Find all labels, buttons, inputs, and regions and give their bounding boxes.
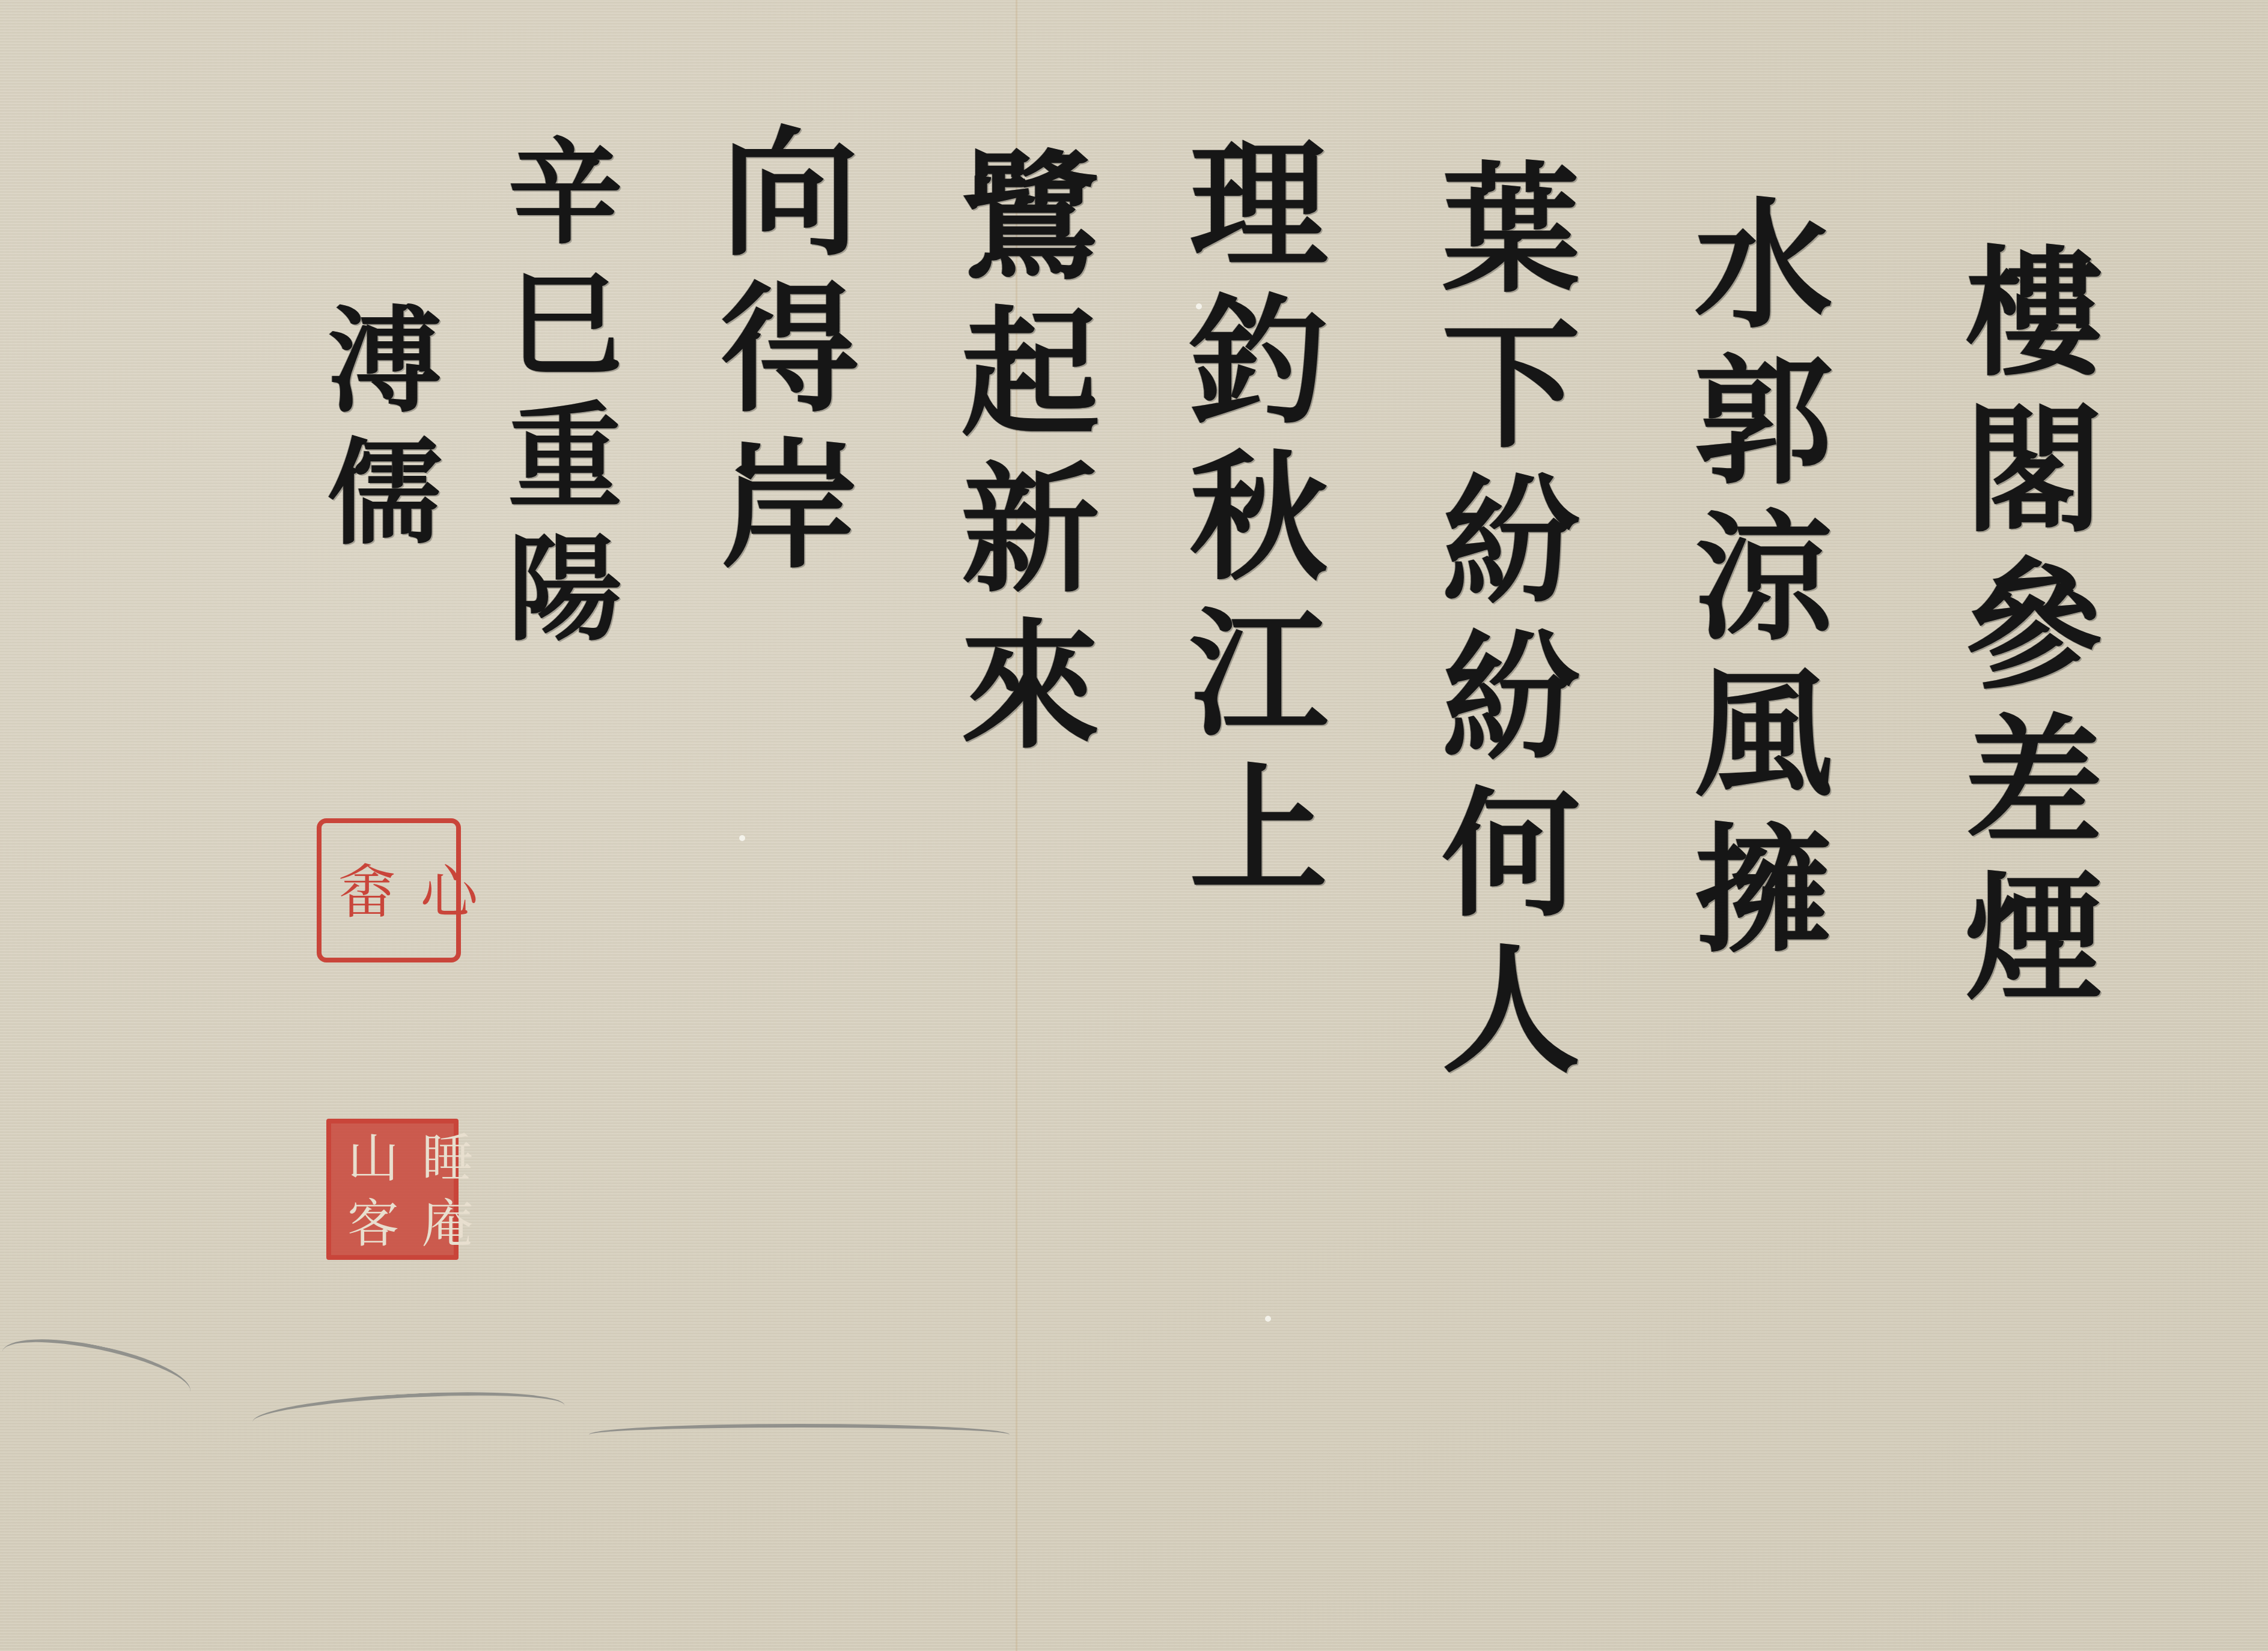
poem-column-5: 鷺起新來 bbox=[950, 144, 1088, 769]
poem-column-6: 向得岸 bbox=[709, 120, 847, 589]
seal-xinyu: 畬 心 bbox=[317, 818, 461, 962]
seal-char: 庵 bbox=[406, 1190, 480, 1256]
faint-ink-stroke bbox=[252, 1385, 566, 1441]
seal-square: 山 睡 客 庵 bbox=[326, 1119, 459, 1260]
seal-char: 山 bbox=[331, 1123, 406, 1190]
artist-signature: 溥儒 bbox=[319, 300, 433, 565]
poem-column-2: 水郭涼風擁 bbox=[1683, 192, 1821, 973]
seal-char: 客 bbox=[331, 1190, 406, 1256]
poem-column-1: 樓閣參差煙 bbox=[1953, 240, 2091, 1021]
faint-ink-stroke bbox=[0, 1327, 195, 1417]
seal-char: 心 bbox=[404, 823, 486, 958]
seal-char: 睡 bbox=[406, 1123, 480, 1190]
poem-column-3: 葉下紛紛何人 bbox=[1430, 156, 1568, 1093]
date-inscription: 辛巳重陽 bbox=[499, 132, 613, 661]
poem-column-4: 理釣秋江上 bbox=[1178, 132, 1316, 913]
silk-speck bbox=[739, 835, 745, 841]
silk-speck bbox=[1196, 303, 1202, 309]
silk-speck bbox=[1265, 1316, 1271, 1322]
faint-ink-stroke bbox=[589, 1424, 1010, 1446]
seal-char: 畬 bbox=[322, 823, 404, 958]
